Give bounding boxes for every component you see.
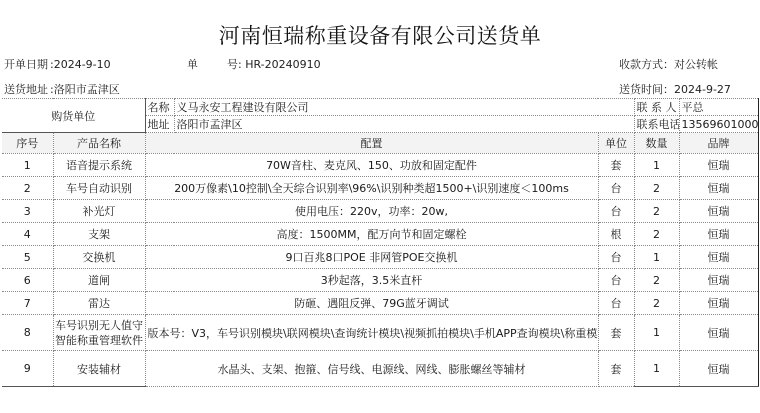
- delivery-address: 送货地址:洛阳市孟津区: [4, 81, 120, 97]
- row-qty: 1: [634, 246, 679, 269]
- payment-method: 收款方式：对公转帐: [619, 56, 718, 72]
- buyer-address-value: 洛阳市孟津区: [174, 116, 634, 133]
- row-qty: 2: [634, 177, 679, 200]
- row-product-name: 车号识别无人值守 智能称重管理软件: [53, 315, 145, 351]
- row-product-name-line1: 车号识别无人值守: [55, 318, 144, 333]
- open-date: 开单日期:2024-9-10: [4, 56, 111, 72]
- contact-value: 平总: [679, 99, 758, 116]
- delivery-time-label: 送货时间：: [619, 83, 674, 96]
- row-qty: 1: [634, 315, 679, 351]
- header-qty: 数量: [634, 133, 679, 154]
- row-config: 70W音柱、麦克风、150、功放和固定配件: [145, 154, 598, 177]
- row-no: 2: [2, 177, 53, 200]
- delivery-time-value: 2024-9-27: [674, 83, 731, 96]
- order-no-value: : HR-20240910: [238, 58, 321, 71]
- row-qty: 2: [634, 223, 679, 246]
- row-unit: 套: [598, 315, 634, 351]
- header-no: 序号: [2, 133, 53, 154]
- row-brand: 恒瑞: [679, 200, 758, 223]
- table-row: 7 雷达 防砸、遇阻反弹、79G蓝牙调试 台 2 恒瑞: [2, 292, 758, 315]
- phone-value: 13569601000: [679, 116, 758, 133]
- row-product-name: 交换机: [53, 246, 145, 269]
- row-product-name: 支架: [53, 223, 145, 246]
- row-product-name: 语音提示系统: [53, 154, 145, 177]
- delivery-table: 购货单位 名称 义马永安工程建设有限公司 联 系 人 平总 地址 洛阳市孟津区 …: [2, 98, 759, 387]
- order-no-label-b: 号: [227, 58, 238, 71]
- buyer-name-row: 购货单位 名称 义马永安工程建设有限公司 联 系 人 平总: [2, 99, 758, 116]
- row-brand: 恒瑞: [679, 223, 758, 246]
- row-config: 防砸、遇阻反弹、79G蓝牙调试: [145, 292, 598, 315]
- row-qty: 2: [634, 292, 679, 315]
- row-product-name: 车号自动识别: [53, 177, 145, 200]
- row-no: 5: [2, 246, 53, 269]
- payment-label: 收款方式：: [619, 58, 674, 71]
- order-number: 单 号: HR-20240910: [187, 56, 321, 72]
- header-brand: 品牌: [679, 133, 758, 154]
- table-row: 9 安装辅材 水晶头、支架、抱箍、信号线、电源线、网线、膨胀螺丝等辅材 套 1 …: [2, 351, 758, 387]
- contact-label: 联 系 人: [634, 99, 679, 116]
- table-row: 3 补光灯 使用电压：220v，功率：20w, 台 2 恒瑞: [2, 200, 758, 223]
- row-brand: 恒瑞: [679, 315, 758, 351]
- row-config: 高度：1500MM，配万向节和固定螺栓: [145, 223, 598, 246]
- table-row: 4 支架 高度：1500MM，配万向节和固定螺栓 根 2 恒瑞: [2, 223, 758, 246]
- row-qty: 2: [634, 269, 679, 292]
- row-unit: 台: [598, 246, 634, 269]
- row-brand: 恒瑞: [679, 292, 758, 315]
- open-date-value: :2024-9-10: [50, 58, 111, 71]
- row-qty: 1: [634, 154, 679, 177]
- row-unit: 套: [598, 154, 634, 177]
- row-config: 使用电压：220v，功率：20w,: [145, 200, 598, 223]
- table-row: 2 车号自动识别 200万像素\10控制\全天综合识别率\96%\识别种类超15…: [2, 177, 758, 200]
- row-unit: 台: [598, 177, 634, 200]
- buyer-address-label: 地址: [145, 116, 174, 133]
- delivery-time: 送货时间：2024-9-27: [619, 81, 731, 97]
- row-no: 7: [2, 292, 53, 315]
- row-config: 9口百兆8口POE 非网管POE交换机: [145, 246, 598, 269]
- header-unit: 单位: [598, 133, 634, 154]
- table-header-row: 序号 产品名称 配置 单位 数量 品牌: [2, 133, 758, 154]
- row-brand: 恒瑞: [679, 351, 758, 387]
- document-title: 河南恒瑞称重设备有限公司送货单: [0, 20, 760, 50]
- row-no: 4: [2, 223, 53, 246]
- row-no: 8: [2, 315, 53, 351]
- row-product-name-line2: 智能称重管理软件: [55, 333, 144, 348]
- table-row: 5 交换机 9口百兆8口POE 非网管POE交换机 台 1 恒瑞: [2, 246, 758, 269]
- row-config: 版本号：V3，车号识别模块\联网模块\查询统计模块\视频抓拍模块\手机APP查询…: [145, 315, 598, 351]
- delivery-address-value: :洛阳市孟津区: [50, 83, 120, 96]
- row-config: 水晶头、支架、抱箍、信号线、电源线、网线、膨胀螺丝等辅材: [145, 351, 598, 387]
- row-unit: 台: [598, 269, 634, 292]
- header-config: 配置: [145, 133, 598, 154]
- row-product-name: 雷达: [53, 292, 145, 315]
- row-qty: 2: [634, 200, 679, 223]
- phone-label: 联系电话: [634, 116, 679, 133]
- row-product-name: 安装辅材: [53, 351, 145, 387]
- row-no: 1: [2, 154, 53, 177]
- table-row: 8 车号识别无人值守 智能称重管理软件 版本号：V3，车号识别模块\联网模块\查…: [2, 315, 758, 351]
- payment-value: 对公转帐: [674, 58, 718, 71]
- row-brand: 恒瑞: [679, 246, 758, 269]
- table-row: 6 道闸 3秒起落，3.5米直杆 台 2 恒瑞: [2, 269, 758, 292]
- row-brand: 恒瑞: [679, 177, 758, 200]
- row-unit: 台: [598, 292, 634, 315]
- order-no-label-a: 单: [187, 58, 198, 71]
- row-brand: 恒瑞: [679, 269, 758, 292]
- row-no: 3: [2, 200, 53, 223]
- row-qty: 1: [634, 351, 679, 387]
- delivery-address-label: 送货地址: [4, 83, 48, 96]
- row-no: 6: [2, 269, 53, 292]
- row-config: 3秒起落，3.5米直杆: [145, 269, 598, 292]
- row-brand: 恒瑞: [679, 154, 758, 177]
- row-product-name: 补光灯: [53, 200, 145, 223]
- open-date-label: 开单日期: [4, 58, 48, 71]
- table-row: 1 语音提示系统 70W音柱、麦克风、150、功放和固定配件 套 1 恒瑞: [2, 154, 758, 177]
- buyer-name-label: 名称: [145, 99, 174, 116]
- row-config: 200万像素\10控制\全天综合识别率\96%\识别种类超1500+\识别速度＜…: [145, 177, 598, 200]
- header-product-name: 产品名称: [53, 133, 145, 154]
- row-unit: 台: [598, 200, 634, 223]
- row-unit: 套: [598, 351, 634, 387]
- row-product-name: 道闸: [53, 269, 145, 292]
- row-no: 9: [2, 351, 53, 387]
- buyer-name-value: 义马永安工程建设有限公司: [174, 99, 634, 116]
- buyer-section-label: 购货单位: [2, 99, 145, 133]
- row-unit: 根: [598, 223, 634, 246]
